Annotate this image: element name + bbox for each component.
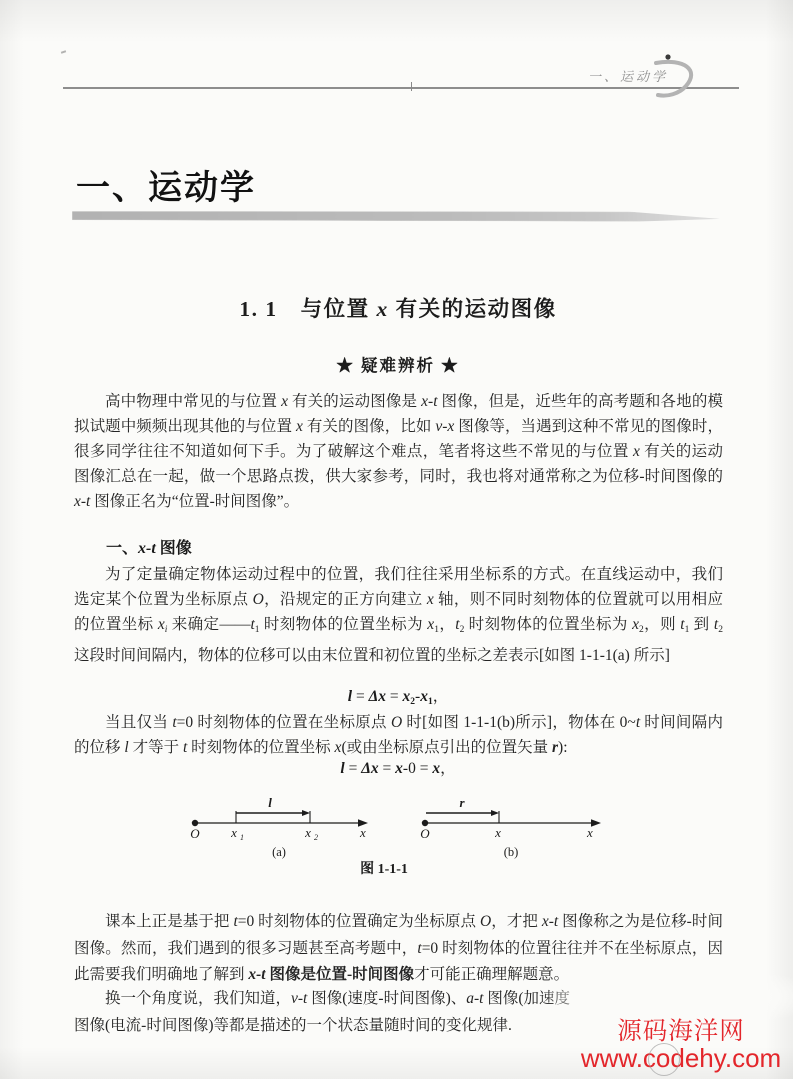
chapter-title: 一、运动学 bbox=[76, 160, 256, 209]
axis-label-a: x bbox=[359, 825, 366, 840]
subheading-xt-graph: 一、x-t 图像 bbox=[74, 535, 192, 558]
axis-label-b: x bbox=[586, 825, 593, 840]
formula-displacement: l = Δx = x2-x1， bbox=[74, 684, 722, 707]
x-label-b: x bbox=[494, 825, 501, 840]
section-title: 1. 1 与位置 x 有关的运动图像 bbox=[74, 292, 722, 323]
x2-label: x bbox=[304, 825, 311, 840]
swoosh-curve bbox=[656, 62, 691, 96]
figure-a: l O x 1 x 2 x (a) bbox=[190, 795, 368, 859]
origin-label-a: O bbox=[190, 826, 200, 841]
x1-subscript: 1 bbox=[240, 833, 244, 842]
header-rule-tick bbox=[411, 82, 412, 91]
x2-subscript: 2 bbox=[314, 833, 318, 842]
scan-speck bbox=[61, 50, 66, 53]
figure-1-1-1: l O x 1 x 2 x (a) r O x x (b) bbox=[74, 790, 722, 862]
difficulty-banner: ★ 疑难辨析 ★ bbox=[74, 352, 722, 376]
sub-caption-b: (b) bbox=[504, 845, 519, 859]
figure-b: r O x x (b) bbox=[420, 795, 601, 859]
paragraph-origin-condition: 当且仅当 t=0 时刻物体的位置在坐标原点 O 时[如图 1-1-1(b)所示]… bbox=[74, 710, 723, 760]
watermark-site-name: 源码海洋网 bbox=[569, 1019, 793, 1045]
header-rule bbox=[63, 87, 739, 89]
figure-caption: 图 1-1-1 bbox=[60, 858, 708, 878]
watermark-circle-artifact bbox=[648, 1043, 680, 1076]
position-vector-arrowhead bbox=[491, 810, 499, 816]
watermark-url: www.codehy.com bbox=[569, 1045, 793, 1073]
displacement-arrowhead-a bbox=[302, 810, 310, 816]
paragraph-intro: 高中物理中常见的与位置 x 有关的运动图像是 x-t 图像，但是，近些年的高考题… bbox=[74, 389, 723, 514]
scanned-book-page: 一、运动学 一、运动学 1. 1 与位置 x 有关的运动图像 ★ 疑难辨析 ★ … bbox=[0, 0, 793, 1079]
formula-position: l = Δx = x-0 = x， bbox=[74, 756, 722, 778]
vector-label-b: r bbox=[459, 795, 465, 810]
header-swoosh-icon bbox=[648, 48, 710, 104]
x1-label: x bbox=[230, 825, 237, 840]
chapter-title-shadow bbox=[72, 210, 720, 222]
watermark: 源码海洋网 www.codehy.com bbox=[569, 1019, 793, 1073]
sub-caption-a: (a) bbox=[272, 845, 286, 859]
swoosh-dot bbox=[665, 54, 670, 59]
origin-label-b: O bbox=[420, 826, 430, 841]
paragraph-coordinates: 为了定量确定物体运动过程中的位置，我们往往采用坐标系的方式。在直线运动中，我们选… bbox=[74, 562, 723, 668]
displacement-label-a: l bbox=[268, 795, 272, 810]
